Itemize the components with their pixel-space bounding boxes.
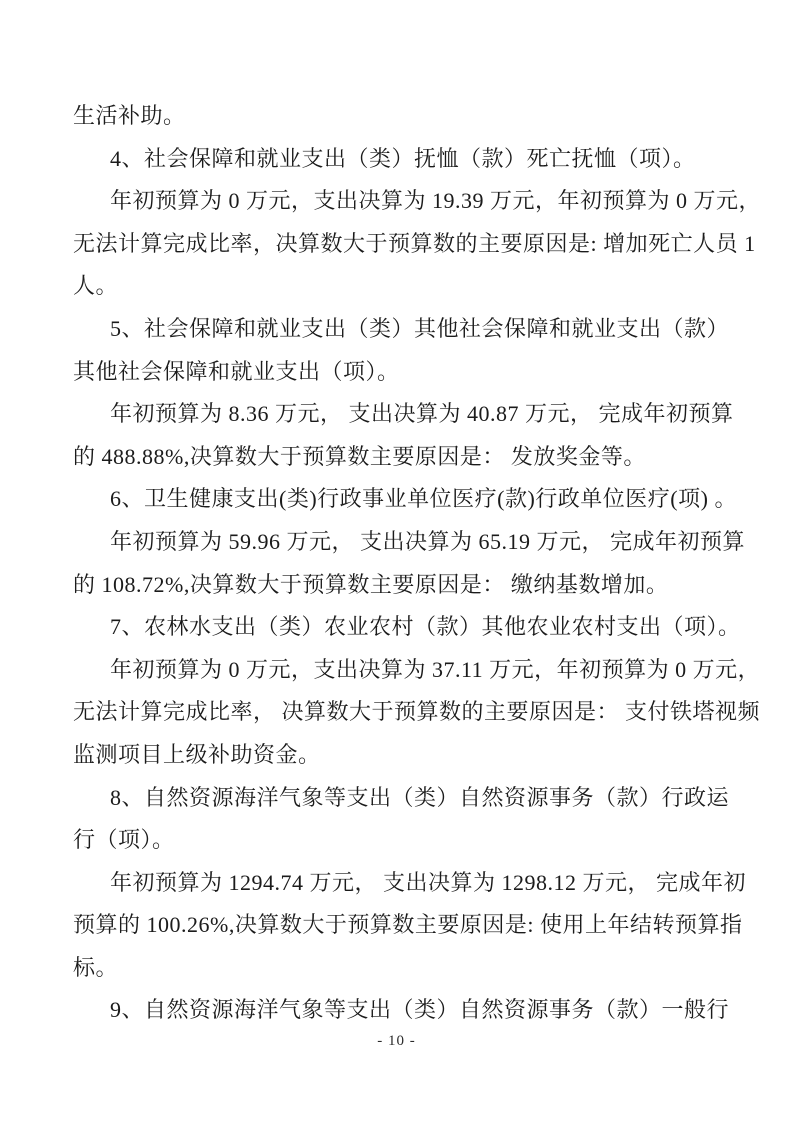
text-line: 人。 bbox=[73, 265, 725, 308]
text-line: 标。 bbox=[73, 947, 725, 990]
text-line: 的 108.72%,决算数大于预算数主要原因是： 缴纳基数增加。 bbox=[73, 564, 725, 607]
text-line: 无法计算完成比率，决算数大于预算数的主要原因是: 增加死亡人员 1 bbox=[73, 223, 725, 266]
text-line: 的 488.88%,决算数大于预算数主要原因是： 发放奖金等。 bbox=[73, 436, 725, 479]
text-line: 年初预算为 8.36 万元， 支出决算为 40.87 万元， 完成年初预算 bbox=[73, 393, 725, 436]
document-page: 生活补助。4、社会保障和就业支出（类）抚恤（款）死亡抚恤（项）。年初预算为 0 … bbox=[0, 0, 793, 1122]
text-line: 其他社会保障和就业支出（项）。 bbox=[73, 351, 725, 394]
text-line: 监测项目上级补助资金。 bbox=[73, 734, 725, 777]
text-line: 7、农林水支出（类）农业农村（款）其他农业农村支出（项）。 bbox=[73, 606, 725, 649]
text-line: 年初预算为 0 万元，支出决算为 19.39 万元，年初预算为 0 万元， bbox=[73, 180, 725, 223]
text-line: 5、社会保障和就业支出（类）其他社会保障和就业支出（款） bbox=[73, 308, 725, 351]
text-line: 无法计算完成比率， 决算数大于预算数的主要原因是： 支付铁塔视频 bbox=[73, 691, 725, 734]
text-line: 生活补助。 bbox=[73, 95, 725, 138]
page-number: - 10 - bbox=[0, 1031, 793, 1051]
text-line: 4、社会保障和就业支出（类）抚恤（款）死亡抚恤（项）。 bbox=[73, 138, 725, 181]
text-line: 年初预算为 1294.74 万元， 支出决算为 1298.12 万元， 完成年初 bbox=[73, 862, 725, 905]
text-line: 6、卫生健康支出(类)行政事业单位医疗(款)行政单位医疗(项) 。 bbox=[73, 478, 725, 521]
text-line: 8、自然资源海洋气象等支出（类）自然资源事务（款）行政运 bbox=[73, 777, 725, 820]
text-line: 年初预算为 59.96 万元， 支出决算为 65.19 万元， 完成年初预算 bbox=[73, 521, 725, 564]
text-line: 行（项）。 bbox=[73, 819, 725, 862]
text-line: 9、自然资源海洋气象等支出（类）自然资源事务（款）一般行 bbox=[73, 989, 725, 1032]
text-line: 年初预算为 0 万元，支出决算为 37.11 万元，年初预算为 0 万元， bbox=[73, 649, 725, 692]
text-line: 预算的 100.26%,决算数大于预算数主要原因是: 使用上年结转预算指 bbox=[73, 904, 725, 947]
document-body: 生活补助。4、社会保障和就业支出（类）抚恤（款）死亡抚恤（项）。年初预算为 0 … bbox=[73, 95, 725, 1032]
